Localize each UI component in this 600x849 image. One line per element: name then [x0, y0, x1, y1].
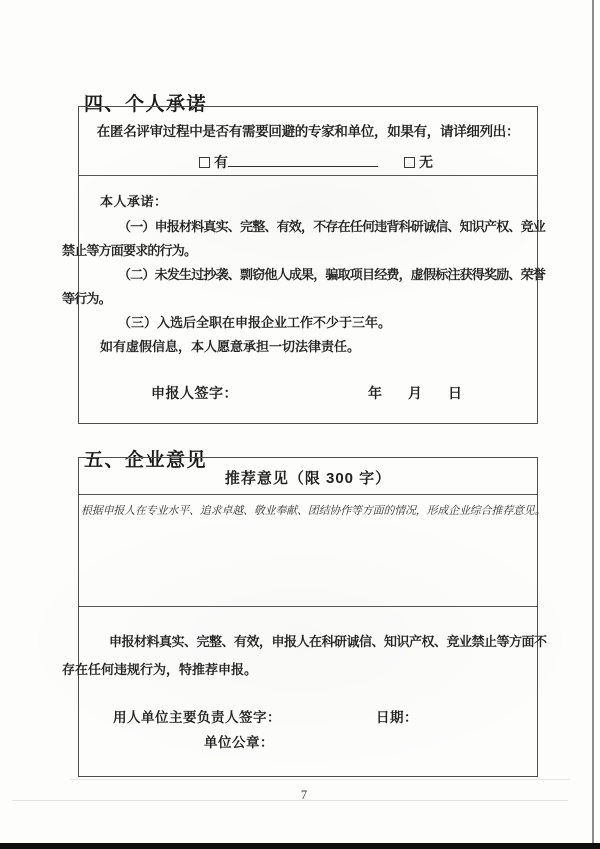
commitment-clause-1-line-2: 禁止等方面要求的行为。 — [62, 240, 196, 259]
commitment-clause-3: （三）入选后全职在申报企业工作不少于三年。 — [118, 312, 391, 331]
commitment-liability-line: 如有虚假信息，本人愿意承担一切法律责任。 — [100, 336, 360, 355]
commitment-intro: 本人承诺： — [100, 191, 168, 210]
scan-bottom-bar — [0, 843, 600, 849]
date-label: 日期： — [376, 706, 418, 726]
company-seal-label: 单位公章： — [204, 731, 274, 751]
page-number: 7 — [0, 788, 600, 803]
checkbox-yes-label: 有 — [214, 154, 228, 170]
recommendation-statement-line-2: 存在任何违规行为，特推荐申报。 — [62, 659, 257, 678]
personal-commitment-box: 在匿名评审过程中是否有需要回避的专家和单位，如果有，请详细列出： 有无 本人承诺… — [78, 106, 538, 424]
applicant-signature-label: 申报人签字： — [151, 383, 238, 403]
employer-signature-label: 用人单位主要负责人签字： — [113, 706, 281, 726]
checkbox-icon — [404, 157, 415, 168]
avoidance-options-row: 有无 — [199, 152, 433, 172]
header-divider — [79, 494, 537, 495]
checkbox-icon — [199, 157, 210, 168]
checkbox-no[interactable]: 无 — [404, 154, 433, 170]
question-divider — [79, 175, 537, 176]
commitment-clause-2-line-2: 等行为。 — [62, 288, 111, 307]
checkbox-yes[interactable]: 有 — [199, 154, 228, 170]
scan-ghost-line — [70, 779, 570, 780]
scan-edge-line — [592, 0, 594, 843]
statement-divider — [79, 606, 537, 607]
avoidance-question-text: 在匿名评审过程中是否有需要回避的专家和单位，如果有，请详细列出： — [79, 120, 537, 140]
commitment-clause-1-line-1: （一）申报材料真实、完整、有效，不存在任何违背科研诚信、知识产权、竞业 — [118, 216, 545, 235]
recommendation-header: 推荐意见（限 300 字） — [79, 467, 537, 488]
enterprise-opinion-box: 推荐意见（限 300 字） 根据申报人在专业水平、追求卓越、敬业奉献、团结协作等… — [78, 457, 538, 777]
recommendation-statement-line-1: 申报材料真实、完整、有效，申报人在科研诚信、知识产权、竞业禁止等方面不 — [109, 631, 547, 650]
applicant-date-fields: 年月日 — [368, 383, 488, 403]
commitment-clause-2-line-1: （二）未发生过抄袭、剽窃他人成果，骗取项目经费，虚假标注获得奖励、荣誉 — [118, 264, 545, 283]
recommendation-instruction-note: 根据申报人在专业水平、追求卓越、敬业奉献、团结协作等方面的情况，形成企业综合推荐… — [81, 502, 545, 518]
yes-detail-line[interactable] — [228, 153, 378, 167]
checkbox-no-label: 无 — [419, 154, 433, 170]
